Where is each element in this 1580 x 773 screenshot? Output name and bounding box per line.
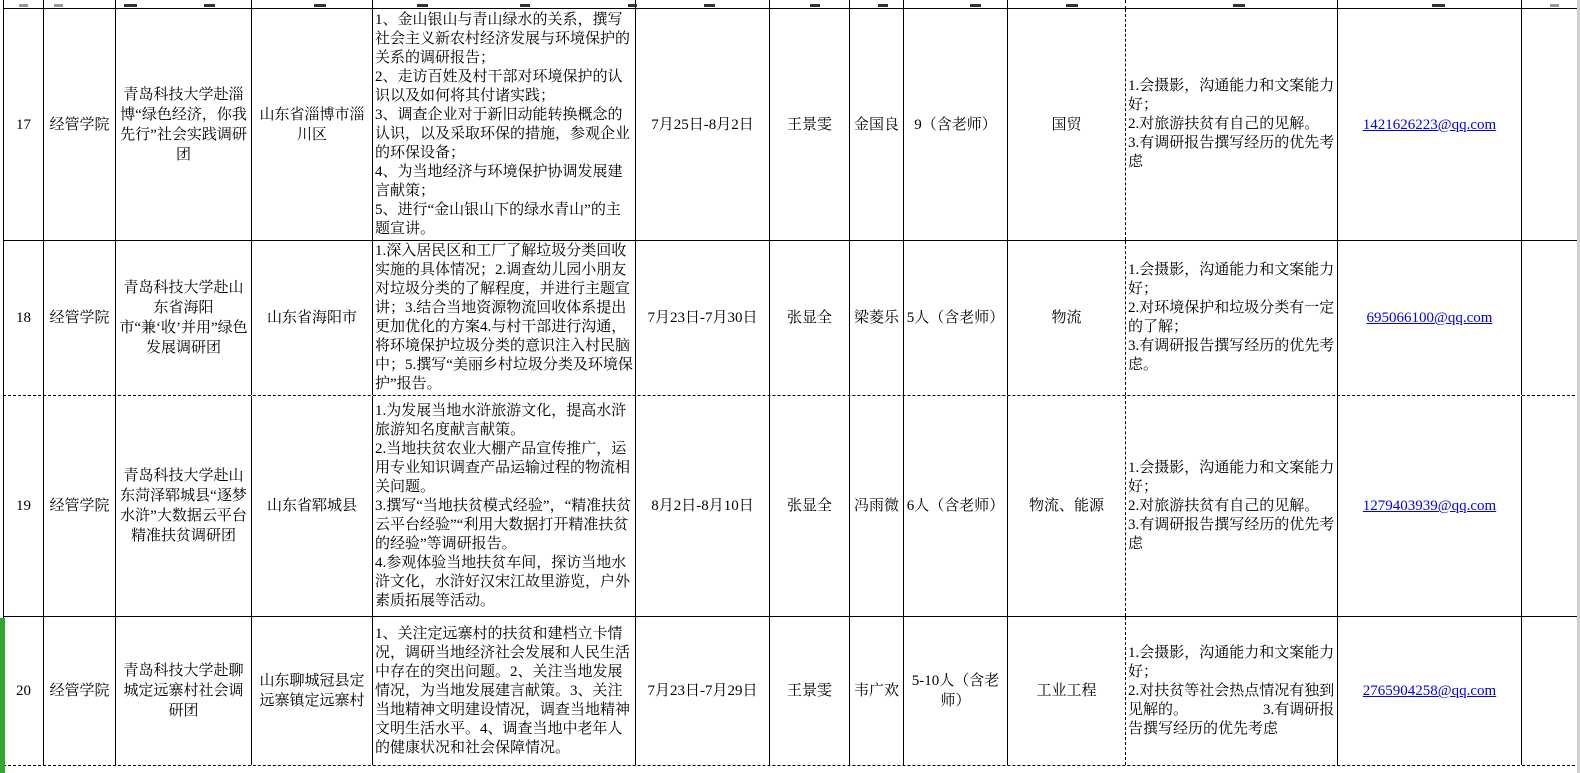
cell-location[interactable]: 山东省淄博市淄川区: [252, 9, 373, 240]
clipped-text-fragment: [878, 4, 888, 7]
grid-line: [1338, 0, 1522, 9]
cell-team-name[interactable]: 青岛科技大学赴淄博“绿色经济，你我先行”社会实践调研团: [116, 9, 252, 240]
cell-contact-person[interactable]: 金国良: [850, 9, 904, 240]
cell-college[interactable]: 经管学院: [44, 241, 116, 395]
cell-location[interactable]: 山东省郓城县: [252, 396, 373, 616]
cell-empty[interactable]: [1522, 617, 1577, 765]
cell-contact-person[interactable]: 冯雨微: [850, 396, 904, 616]
clipped-text-fragment: [704, 4, 715, 7]
cell-requirements[interactable]: 1.会摄影，沟通能力和文案能力好； 2.对环境保护和垃圾分类有一定的了解； 3.…: [1125, 241, 1338, 395]
cell-requirements[interactable]: 1.会摄影，沟通能力和文案能力好； 2.对扶贫等社会热点情况有独到见解的。 3.…: [1125, 617, 1338, 765]
clipped-text-fragment: [1233, 4, 1245, 7]
cell-dates[interactable]: 7月23日-7月29日: [636, 617, 770, 765]
cell-location[interactable]: 山东省海阳市: [252, 241, 373, 395]
cell-leader[interactable]: 王景雯: [770, 617, 850, 765]
clipped-text-fragment: [314, 4, 326, 7]
clipped-text-fragment: [1432, 4, 1445, 7]
grid-line: [904, 0, 1008, 9]
clipped-text-fragment: [19, 4, 28, 7]
cell-row-number[interactable]: 18: [4, 241, 44, 395]
selection-green-bar: [0, 618, 5, 773]
email-link[interactable]: 2765904258@qq.com: [1340, 681, 1519, 701]
grid-line: [636, 0, 770, 9]
cell-activities[interactable]: 1、金山银山与青山绿水的关系，撰写社会主义新农村经济发展与环境保护的关系的调研报…: [373, 9, 636, 240]
cell-dates[interactable]: 7月25日-8月2日: [636, 9, 770, 240]
cell-leader[interactable]: 张显全: [770, 241, 850, 395]
cell-email[interactable]: 695066100@qq.com: [1338, 241, 1522, 395]
cell-empty[interactable]: [1522, 241, 1577, 395]
cell-member-count[interactable]: 5-10人（含老师）: [904, 617, 1008, 765]
cell-major[interactable]: 物流、能源: [1008, 396, 1125, 616]
table-row: 17 经管学院 青岛科技大学赴淄博“绿色经济，你我先行”社会实践调研团 山东省淄…: [3, 9, 1580, 241]
cell-member-count[interactable]: 9（含老师）: [904, 9, 1008, 240]
cell-dates[interactable]: 7月23日-7月30日: [636, 241, 770, 395]
cell-contact-person[interactable]: 梁菱乐: [850, 241, 904, 395]
cell-member-count[interactable]: 5人（含老师）: [904, 241, 1008, 395]
table-row: 20 经管学院 青岛科技大学赴聊城定远寨村社会调研团 山东聊城冠县定远寨镇定远寨…: [3, 617, 1580, 766]
cell-major[interactable]: 物流: [1008, 241, 1125, 395]
cell-dates[interactable]: 8月2日-8月10日: [636, 396, 770, 616]
cell-leader[interactable]: 王景雯: [770, 9, 850, 240]
cell-empty[interactable]: [1522, 9, 1577, 240]
cell-contact-person[interactable]: 韦广欢: [850, 617, 904, 765]
cell-member-count[interactable]: 6人（含老师）: [904, 396, 1008, 616]
bottom-margin: [0, 766, 1580, 772]
cell-major[interactable]: 国贸: [1008, 9, 1125, 240]
cell-email[interactable]: 1421626223@qq.com: [1338, 9, 1522, 240]
cell-team-name[interactable]: 青岛科技大学赴山东菏泽郓城县“逐梦水浒”大数据云平台精准扶贫调研团: [116, 396, 252, 616]
table-row: 19 经管学院 青岛科技大学赴山东菏泽郓城县“逐梦水浒”大数据云平台精准扶贫调研…: [3, 396, 1580, 617]
cell-requirements[interactable]: 1.会摄影，沟通能力和文案能力好； 2.对旅游扶贫有自己的见解。 3.有调研报告…: [1125, 396, 1338, 616]
clipped-text-fragment: [1550, 4, 1559, 7]
cell-row-number[interactable]: 17: [4, 9, 44, 240]
cell-activities[interactable]: 1.深入居民区和工厂了解垃圾分类回收实施的具体情况；2.调查幼儿园小朋友对垃圾分…: [373, 241, 636, 395]
cell-location[interactable]: 山东聊城冠县定远寨镇定远寨村: [252, 617, 373, 765]
cell-college[interactable]: 经管学院: [44, 9, 116, 240]
cell-college[interactable]: 经管学院: [44, 396, 116, 616]
cell-email[interactable]: 2765904258@qq.com: [1338, 617, 1522, 765]
clipped-text-fragment: [124, 4, 137, 7]
table-row: 18 经管学院 青岛科技大学赴山东省海阳市“兼‘收’并用”绿色发展调研团 山东省…: [3, 241, 1580, 396]
grid-line: [373, 0, 636, 9]
grid-line: [252, 0, 373, 9]
clipped-text-fragment: [810, 4, 820, 7]
clipped-text-fragment: [520, 4, 530, 7]
cell-email[interactable]: 1279403939@qq.com: [1338, 396, 1522, 616]
cell-major[interactable]: 工业工程: [1008, 617, 1125, 765]
clipped-text-fragment: [1066, 4, 1078, 7]
grid-line: [1125, 0, 1338, 9]
clipped-text-fragment: [54, 4, 63, 7]
cell-team-name[interactable]: 青岛科技大学赴聊城定远寨村社会调研团: [116, 617, 252, 765]
cell-row-number[interactable]: 20: [4, 617, 44, 765]
clipped-text-fragment: [628, 4, 637, 7]
cell-row-number[interactable]: 19: [4, 396, 44, 616]
cell-team-name[interactable]: 青岛科技大学赴山东省海阳市“兼‘收’并用”绿色发展调研团: [116, 241, 252, 395]
clipped-text-fragment: [204, 4, 215, 7]
cell-activities[interactable]: 1、关注定远寨村的扶贫和建档立卡情况，调研当地经济社会发展和人民生活中存在的突出…: [373, 617, 636, 765]
clipped-text-fragment: [970, 4, 981, 7]
clipped-row-above: [3, 0, 1580, 9]
spreadsheet-grid: 17 经管学院 青岛科技大学赴淄博“绿色经济，你我先行”社会实践调研团 山东省淄…: [0, 0, 1580, 773]
clipped-text-fragment: [417, 4, 428, 7]
cell-leader[interactable]: 张显全: [770, 396, 850, 616]
cell-requirements[interactable]: 1.会摄影，沟通能力和文案能力好； 2.对旅游扶贫有自己的见解。 3.有调研报告…: [1125, 9, 1338, 240]
email-link[interactable]: 695066100@qq.com: [1340, 308, 1519, 328]
cell-empty[interactable]: [1522, 396, 1577, 616]
cell-activities[interactable]: 1.为发展当地水浒旅游文化，提高水浒旅游知名度献言献策。 2.当地扶贫农业大棚产…: [373, 396, 636, 616]
grid-line: [850, 0, 904, 9]
cell-college[interactable]: 经管学院: [44, 617, 116, 765]
email-link[interactable]: 1279403939@qq.com: [1340, 496, 1519, 516]
email-link[interactable]: 1421626223@qq.com: [1340, 115, 1519, 135]
